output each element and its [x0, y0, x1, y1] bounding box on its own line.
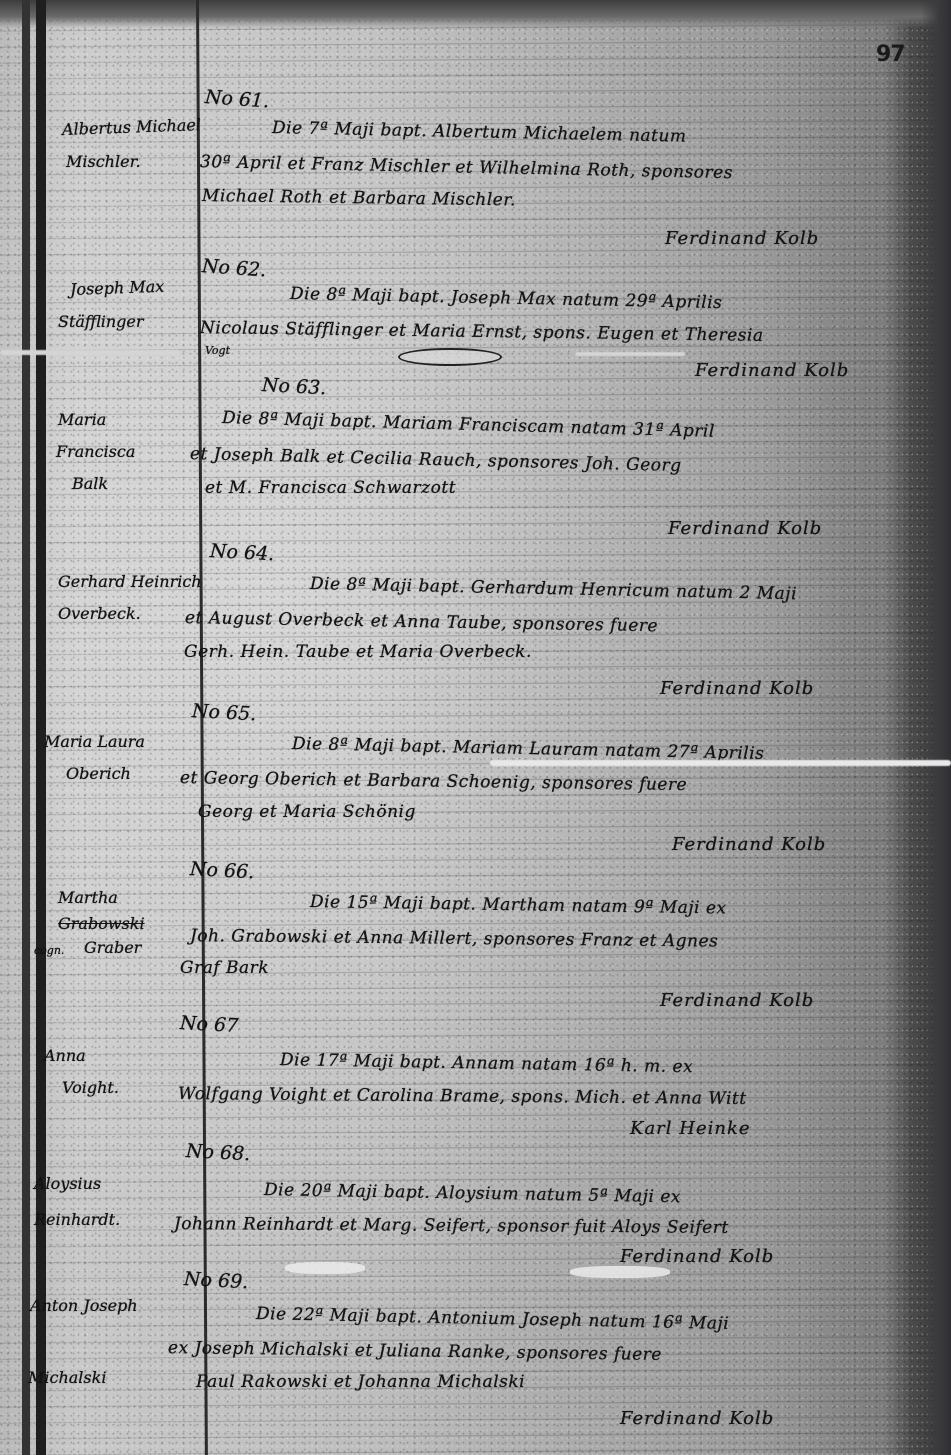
- margin-name: Overbeck.: [58, 604, 141, 623]
- margin-name: Maria Laura: [44, 732, 145, 751]
- register-page: 97 No 61. Albertus Michael Mischler. Die…: [0, 0, 951, 1455]
- margin-name: Oberich: [66, 764, 131, 783]
- signature: Ferdinand Kolb: [672, 834, 826, 855]
- signature: Ferdinand Kolb: [660, 678, 814, 699]
- entry-number: No 61.: [204, 86, 270, 112]
- signature: Ferdinand Kolb: [665, 228, 819, 249]
- ink-blot: [398, 348, 502, 366]
- entry-number: No 69.: [183, 1268, 248, 1293]
- margin-name: Gerhard Heinrich: [58, 572, 202, 591]
- paper-damage: [285, 1262, 365, 1274]
- margin-name: Balk: [72, 474, 108, 493]
- entry-line: Johann Reinhardt et Marg. Seifert, spons…: [174, 1214, 729, 1238]
- signature: Ferdinand Kolb: [668, 518, 822, 539]
- page-number: 97: [876, 42, 905, 67]
- signature: Ferdinand Kolb: [620, 1246, 774, 1267]
- scan-noise: [0, 0, 951, 1455]
- entry-number: No 66.: [189, 858, 254, 883]
- margin-name: Anton Joseph: [30, 1296, 138, 1315]
- margin-name: Graber: [84, 938, 141, 957]
- paper-crease: [575, 352, 685, 356]
- signature: Ferdinand Kolb: [695, 360, 849, 381]
- signature: Ferdinand Kolb: [620, 1408, 774, 1429]
- margin-name: Martha: [58, 888, 118, 907]
- margin-name: Aloysius: [34, 1174, 101, 1193]
- signature: Ferdinand Kolb: [660, 990, 814, 1011]
- margin-name: Michalski: [28, 1368, 106, 1387]
- margin-name: Mischler.: [66, 152, 141, 171]
- entry-line: Paul Rakowski et Johanna Michalski: [196, 1372, 525, 1392]
- entry-number: No 62.: [201, 255, 267, 281]
- margin-name: Maria: [58, 410, 106, 429]
- paper-crease: [0, 350, 180, 355]
- right-edge-shadow: [921, 0, 951, 1455]
- margin-name: Francisca: [56, 442, 135, 461]
- entry-number: No 63.: [261, 374, 326, 399]
- margin-name: Reinhardt.: [34, 1210, 120, 1229]
- entry-line: Gerh. Hein. Taube et Maria Overbeck.: [184, 642, 532, 662]
- entry-number: No 65.: [191, 700, 256, 725]
- entry-number: No 64.: [209, 540, 274, 565]
- entry-line: Graf Bark: [180, 958, 269, 978]
- paper-tear: [490, 760, 951, 766]
- margin-name: Voight.: [62, 1078, 119, 1097]
- margin-name: Anna: [44, 1046, 86, 1065]
- margin-note: cogn.: [34, 944, 64, 957]
- margin-name-struck: Grabowski: [58, 914, 145, 933]
- margin-line-outer: [22, 0, 30, 1455]
- entry-number: No 67: [179, 1012, 238, 1037]
- entry-line: et M. Francisca Schwarzott: [205, 478, 456, 498]
- margin-rule: [36, 0, 46, 1455]
- entry-line: Georg et Maria Schönig: [198, 802, 416, 822]
- margin-name: Vogt: [205, 344, 230, 357]
- entry-number: No 68.: [185, 1140, 250, 1165]
- paper-damage: [570, 1266, 670, 1278]
- margin-name: Joseph Max: [70, 277, 165, 299]
- margin-name: Stäfflinger: [58, 312, 143, 331]
- top-edge-shadow: [0, 0, 951, 28]
- signature: Karl Heinke: [630, 1118, 751, 1139]
